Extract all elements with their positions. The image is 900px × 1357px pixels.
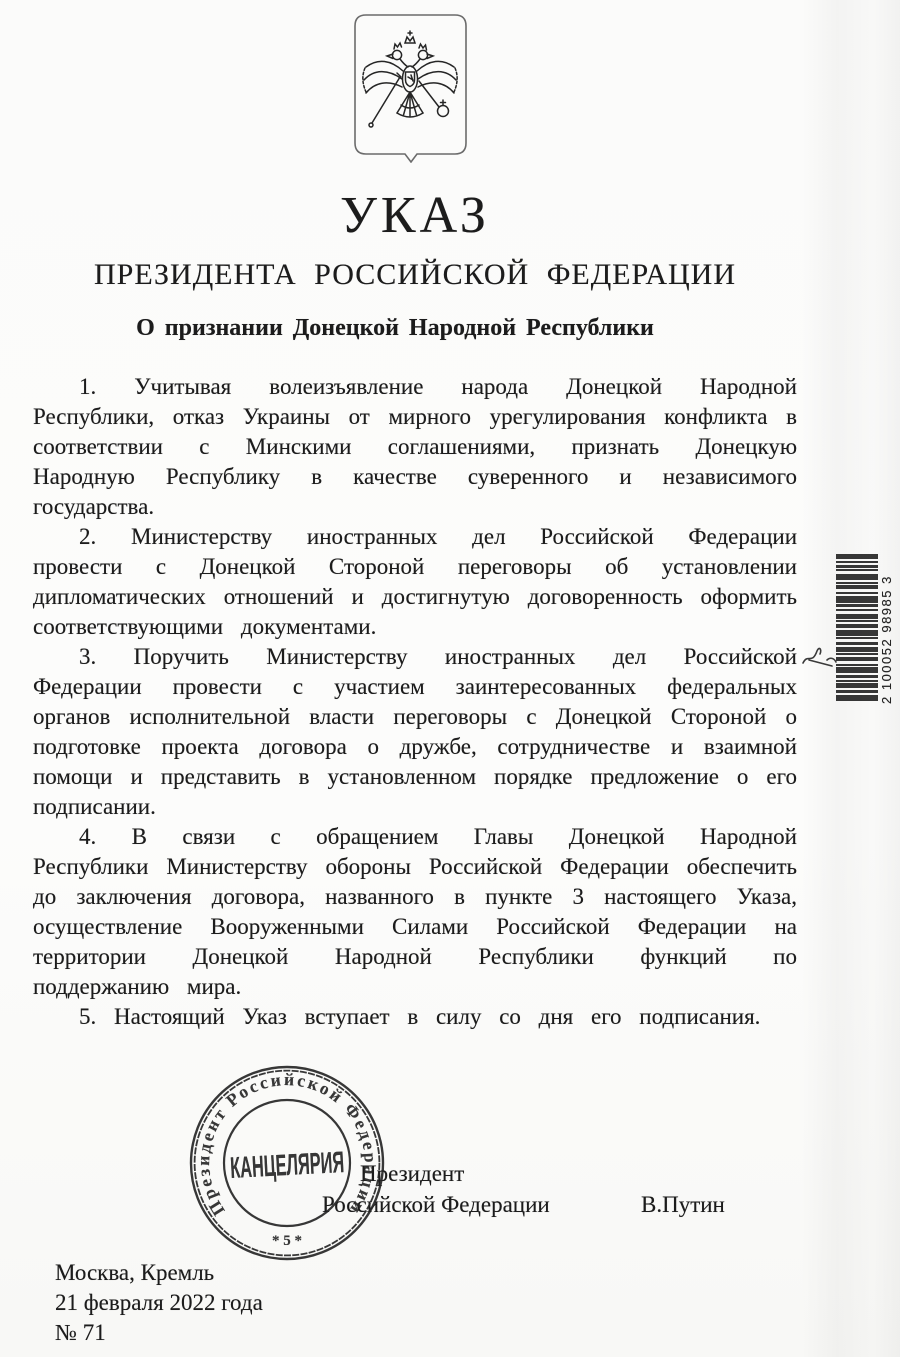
barcode-bar [836,624,878,628]
document-type-title: УКАЗ [0,186,830,245]
barcode-bar [836,695,878,701]
barcode-bar [836,653,878,655]
decree-paragraph: 1. Учитывая волеизъявление народа Донецк… [33,372,797,522]
stamp-bottom-mark: * 5 * [272,1233,302,1249]
barcode-bar [836,609,878,611]
decree-paragraph: 5. Настоящий Указ вступает в силу со дня… [33,1002,797,1032]
barcode-bar [836,667,878,673]
signature-title-line2: Российской Федерации [322,1192,550,1218]
barcode-bar [836,664,878,666]
footer-place: Москва, Кремль [55,1258,263,1288]
barcode-bar [836,637,878,639]
barcode-bar [836,565,878,568]
barcode-bar [836,620,878,622]
barcode-bar [836,614,878,619]
decree-body: 1. Учитывая волеизъявление народа Донецк… [33,372,797,1032]
barcode-bar [836,554,878,559]
barcode-bar [836,642,878,645]
footer-date: 21 февраля 2022 года [55,1288,263,1318]
barcode-bar [836,675,878,678]
double-headed-eagle [363,31,457,127]
signature-title-line1: Президент [360,1161,464,1187]
decree-page: УКАЗ ПРЕЗИДЕНТА РОССИЙСКОЙ ФЕДЕРАЦИИ О п… [0,0,900,1357]
barcode-bar [836,574,878,580]
decree-paragraph: 2. Министерству иностранных дел Российск… [33,522,797,642]
barcode-bar [836,647,878,652]
barcode-bar [836,604,878,607]
handwritten-scribble-icon [799,636,841,674]
issuer-heading: ПРЕЗИДЕНТА РОССИЙСКОЙ ФЕДЕРАЦИИ [0,258,830,292]
barcode-bar [836,680,878,682]
barcode-bar [836,630,878,636]
footer-block: Москва, Кремль 21 февраля 2022 года № 71 [55,1258,263,1348]
barcode-bar [836,585,878,589]
barcode-bar [836,582,878,584]
signature-name: В.Путин [641,1192,725,1218]
barcode-bar [836,683,878,688]
barcode-bar [836,657,878,661]
decree-paragraph: 4. В связи с обращением Главы Донецкой Н… [33,822,797,1002]
barcode-digits: 2 100052 98985 3 [879,552,895,704]
chancellery-stamp: Президент Российской Федерации КАНЦЕЛЯРИ… [186,1062,388,1264]
stamp-center-text: КАНЦЕЛЯРИЯ [229,1146,345,1185]
decree-subject: О признании Донецкой Народной Республики [0,315,790,342]
footer-number: № 71 [55,1318,263,1348]
decree-paragraph: 3. Поручить Министерству иностранных дел… [33,642,797,822]
russian-coat-of-arms-icon [353,13,468,163]
barcode-bar [836,596,878,603]
barcode-bar [836,690,878,693]
barcode-bar [836,592,878,594]
barcode-bar [836,561,878,563]
barcode-bar [836,569,878,571]
barcode-icon [836,554,878,702]
